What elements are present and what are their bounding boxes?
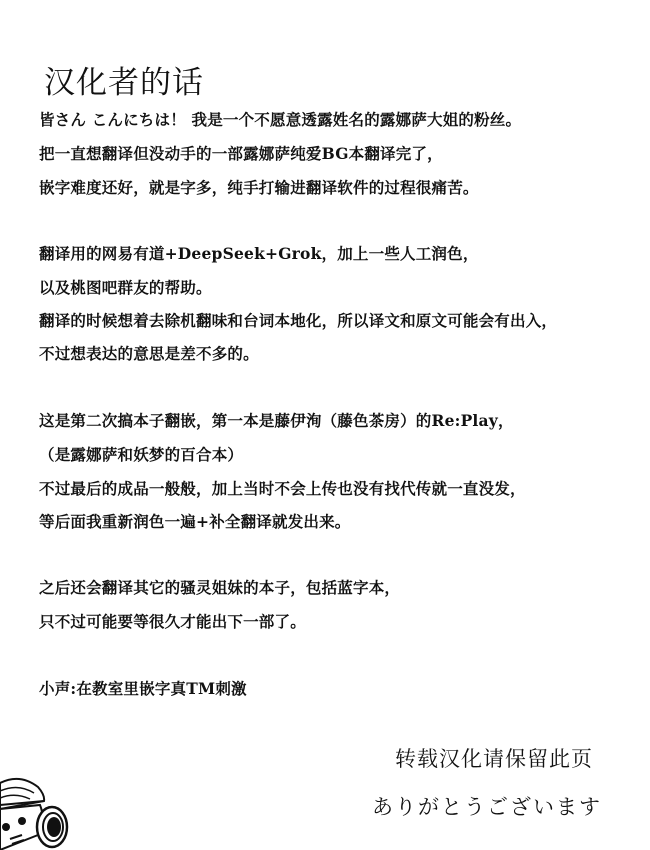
cartoon-character-peeking-icon bbox=[0, 765, 80, 850]
paragraph-3-line-1: 这是第二次搞本子翻嵌，第一本是藤伊洵（藤色茶房）的Re:Play， bbox=[39, 411, 514, 431]
page-title: 汉化者的话 bbox=[44, 65, 204, 101]
paragraph-3-line-2: （是露娜萨和妖梦的百合本） bbox=[39, 445, 243, 465]
paragraph-2-line-2: 以及桃图吧群友的帮助。 bbox=[39, 278, 212, 298]
paragraph-4-line-1: 之后还会翻译其它的骚灵姐妹的本子，包括蓝字本， bbox=[39, 578, 400, 598]
thanks-text: ありがとうございます bbox=[372, 794, 602, 820]
repost-notice: 转载汉化请保留此页 bbox=[395, 746, 593, 772]
whisper-note: 小声:在教室里嵌字真TM刺激 bbox=[39, 679, 247, 699]
paragraph-2-line-3: 翻译的时候想着去除机翻味和台词本地化，所以译文和原文可能会有出入， bbox=[39, 311, 557, 331]
paragraph-1-line-2: 把一直想翻译但没动手的一部露娜萨纯爱BG本翻译完了， bbox=[39, 144, 443, 164]
paragraph-3-line-4: 等后面我重新润色一遍+补全翻译就发出来。 bbox=[39, 512, 351, 532]
paragraph-3-line-3: 不过最后的成品一般般，加上当时不会上传也没有找代传就一直没发， bbox=[39, 479, 526, 499]
paragraph-2-line-4: 不过想表达的意思是差不多的。 bbox=[39, 344, 259, 364]
paragraph-1-line-1: 皆さん こんにちは！ 我是一个不愿意透露姓名的露娜萨大姐的粉丝。 bbox=[39, 110, 521, 130]
paragraph-4-line-2: 只不过可能要等很久才能出下一部了。 bbox=[39, 612, 306, 632]
paragraph-1-line-3: 嵌字难度还好，就是字多，纯手打输进翻译软件的过程很痛苦。 bbox=[39, 178, 479, 198]
paragraph-2-line-1: 翻译用的网易有道+DeepSeek+Grok，加上一些人工润色， bbox=[39, 244, 479, 264]
